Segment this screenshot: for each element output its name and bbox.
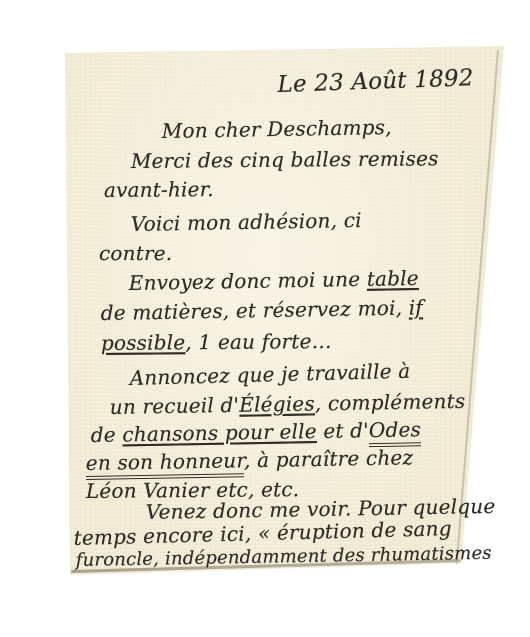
- letter-line: possible, 1 eau forte…: [101, 330, 332, 355]
- letter-line: de matières, et réservez moi, if: [101, 296, 424, 325]
- line-segment: de matières, et réservez moi,: [101, 296, 409, 325]
- double-underlined-title: Odes: [369, 417, 422, 447]
- letter-line: avant-hier.: [104, 178, 214, 202]
- salutation-line: Mon cher Deschamps,: [162, 116, 392, 143]
- scanned-letter-scene: Le 23 Août 1892 Mon cher Deschamps, Merc…: [0, 0, 530, 637]
- line-segment: contre.: [99, 241, 172, 265]
- date-line: Le 23 Août 1892: [277, 65, 474, 98]
- letter-line: Annoncez que je travaille à: [129, 360, 410, 390]
- line-segment: et d': [317, 418, 370, 443]
- line-segment: Voici mon adhésion, ci: [131, 208, 362, 236]
- underlined-title: chansons pour elle: [122, 419, 317, 446]
- line-segment: Merci des cinq balles remises: [131, 146, 439, 173]
- line-segment: , 1 eau forte…: [185, 329, 332, 354]
- line-segment: , compléments: [315, 389, 466, 416]
- line-segment: Envoyez donc moi une: [129, 267, 367, 295]
- letter-line: contre.: [99, 242, 172, 265]
- letter-line: de chansons pour elle et d'Odes: [91, 418, 422, 447]
- underlined-word: Élégies: [239, 391, 315, 416]
- letter-line: en son honneur, à paraître chez: [86, 446, 414, 475]
- letter-line: un recueil d'Élégies, compléments: [110, 390, 466, 419]
- line-segment: un recueil d': [110, 393, 240, 419]
- line-segment: Mon cher Deschamps,: [162, 115, 392, 143]
- line-segment: , à paraître chez: [244, 445, 414, 472]
- letter-line: Envoyez donc moi une table: [129, 267, 419, 295]
- line-segment: avant-hier.: [104, 177, 214, 202]
- letter-line: furoncle, indépendamment des rhumatismes: [76, 544, 492, 572]
- double-underlined-title: en son honneur: [86, 448, 245, 480]
- underlined-word: possible: [101, 330, 186, 355]
- underlined-word: if: [409, 295, 424, 319]
- letter-line: Voici mon adhésion, ci: [131, 209, 362, 236]
- underlined-word: table: [367, 266, 419, 291]
- letter-text: Le 23 Août 1892 Mon cher Deschamps, Merc…: [0, 0, 530, 637]
- letter-line: Merci des cinq balles remises: [131, 147, 439, 173]
- line-segment: Annoncez que je travaille à: [129, 359, 410, 390]
- line-segment: Le 23 Août 1892: [277, 65, 474, 98]
- line-segment: de: [91, 422, 123, 447]
